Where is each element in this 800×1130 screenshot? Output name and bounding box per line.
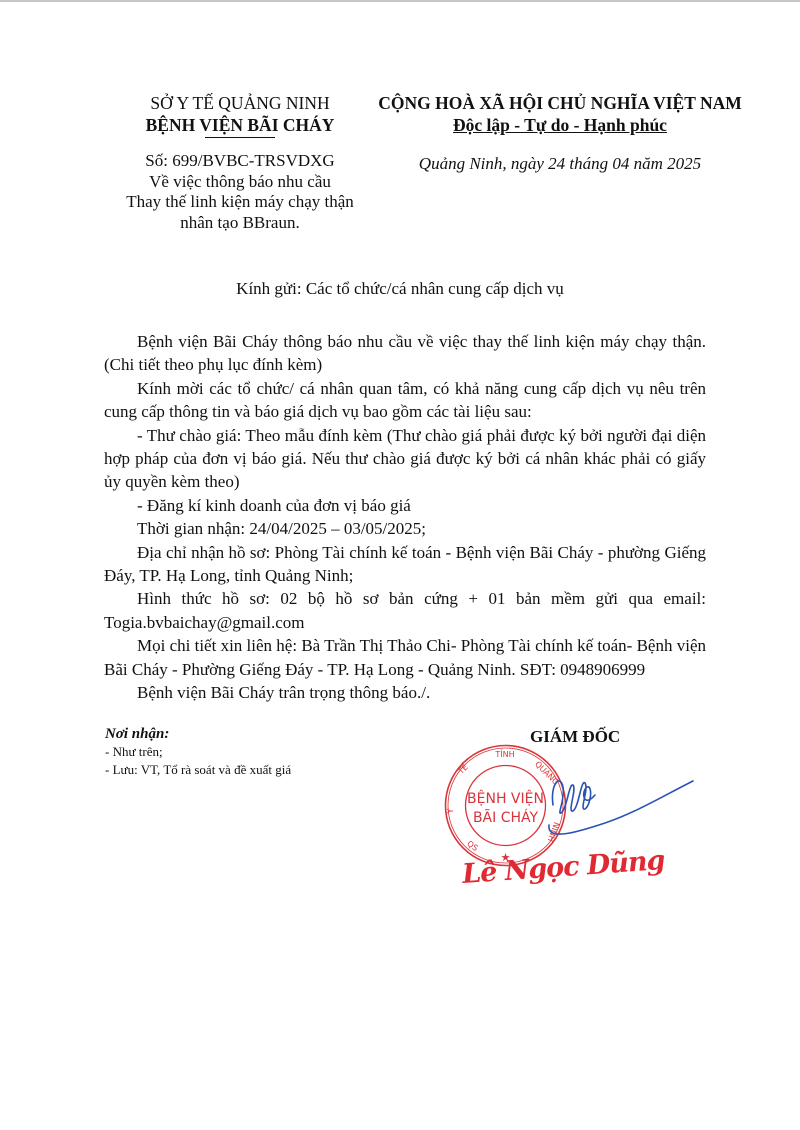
stamp-ring-text-top: TỈNH: [494, 748, 514, 759]
organization-name-text: BỆNH VIỆN BÃI CHÁY: [146, 114, 335, 136]
body-paragraph: Địa chỉ nhận hồ sơ: Phòng Tài chính kế t…: [104, 541, 706, 588]
issuer-header: SỞ Y TẾ QUẢNG NINH BỆNH VIỆN BÃI CHÁY Số…: [95, 92, 385, 233]
svg-text:Y: Y: [446, 808, 455, 814]
subject-line-1: Về việc thông báo nhu cầu: [95, 172, 385, 193]
scan-edge: [0, 0, 800, 2]
reference-number: Số: 699/BVBC-TRSVDXG: [95, 151, 385, 172]
ministry-name: SỞ Y TẾ QUẢNG NINH: [95, 92, 385, 114]
country-name: CỘNG HOÀ XÃ HỘI CHỦ NGHĨA VIỆT NAM: [370, 92, 750, 114]
body-paragraph: Hình thức hồ sơ: 02 bộ hồ sơ bản cứng + …: [104, 587, 706, 634]
document-body: Bệnh viện Bãi Cháy thông báo nhu cầu về …: [104, 330, 706, 705]
national-motto: Độc lập - Tự do - Hạnh phúc: [370, 114, 750, 136]
recipient-item: - Lưu: VT, Tổ rà soát và đề xuất giá: [105, 761, 395, 779]
addressee: Kính gửi: Các tổ chức/cá nhân cung cấp d…: [0, 279, 800, 299]
subject-line-3: nhân tạo BBraun.: [95, 213, 385, 234]
body-paragraph: Kính mời các tổ chức/ cá nhân quan tâm, …: [104, 377, 706, 424]
stamp-line-2: BÃI CHÁY: [473, 809, 539, 826]
body-paragraph: Bệnh viện Bãi Cháy thông báo nhu cầu về …: [104, 330, 706, 377]
national-header: CỘNG HOÀ XÃ HỘI CHỦ NGHĨA VIỆT NAM Độc l…: [370, 92, 750, 174]
body-paragraph: - Đăng kí kinh doanh của đơn vị báo giá: [104, 494, 706, 517]
recipients-block: Nơi nhận: - Như trên; - Lưu: VT, Tổ rà s…: [105, 725, 395, 779]
recipient-item: - Như trên;: [105, 743, 395, 761]
body-paragraph: Mọi chi tiết xin liên hệ: Bà Trần Thị Th…: [104, 634, 706, 681]
body-paragraph: - Thư chào giá: Theo mẫu đính kèm (Thư c…: [104, 424, 706, 494]
subject-line-2: Thay thế linh kiện máy chạy thận: [95, 192, 385, 213]
body-paragraph: Bệnh viện Bãi Cháy trân trọng thông báo.…: [104, 681, 706, 704]
national-motto-text: Độc lập - Tự do - Hạnh phúc: [453, 115, 667, 135]
recipients-title: Nơi nhận:: [105, 725, 395, 743]
organization-name: BỆNH VIỆN BÃI CHÁY: [95, 114, 385, 138]
stamp-line-1: BỆNH VIỆN: [467, 789, 544, 807]
handwritten-signature-icon: [545, 765, 695, 845]
place-date: Quảng Ninh, ngày 24 tháng 04 năm 2025: [370, 154, 750, 174]
body-paragraph: Thời gian nhận: 24/04/2025 – 03/05/2025;: [104, 517, 706, 540]
